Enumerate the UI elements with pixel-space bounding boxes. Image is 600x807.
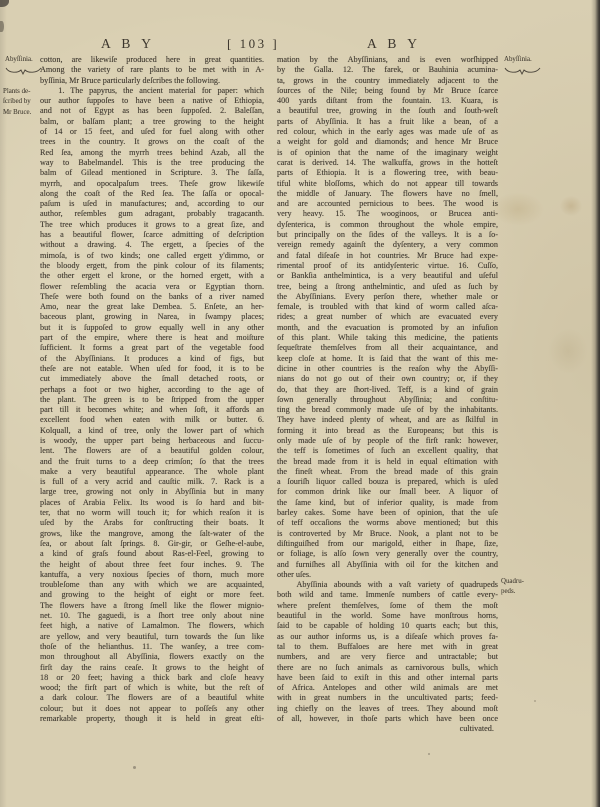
text-line: the other ergett el krone, or the horned… [40,271,264,281]
text-line: ſea, or about ſalt ſprings. 8. Gir-gir, … [40,539,264,549]
margin-note-article-left: Abyſſinia. [5,55,45,75]
text-line: places of Arabia Felix. Its wood is ſo h… [40,498,264,508]
scan-edge-mark [0,21,4,32]
text-line: rimental proof of its antidyſenteric vir… [277,261,498,271]
text-line: a ſouriſh liquor called bouza is prepare… [277,477,498,487]
text-line: and growing to the height of eight or mo… [40,590,264,600]
text-line: troubleſome than any with which we are a… [40,580,264,590]
text-line: rides; a great number of which are evacu… [277,312,498,322]
text-line: of teff occaſions the worms above mentio… [277,518,498,528]
text-line: the Abyſſinians. Every perſon there, whe… [277,292,498,302]
running-title-left: A B Y [101,36,155,52]
text-line: ſequeſtrate themſelves from all their ac… [277,343,498,353]
text-line: Abyſſinia abounds with a vaſt variety of… [277,580,498,590]
text-line: and the fruit turns to a deep crimſon; ſ… [40,457,264,467]
text-line: tal to them. Buffaloes are here met with… [277,642,498,652]
text-line: part of the empire, where there is heat … [40,333,264,343]
text-line: byſſinia, Mr Bruce particularly deſcribe… [40,76,264,86]
text-line: month, and the evacuation is promoted by… [277,323,498,333]
continuation-brace-icon [504,66,541,75]
running-header: A B Y [ 103 ] A B Y [0,36,600,54]
text-line: 18 or 20 feet; having a thick bark and c… [40,673,264,683]
text-line: Among the variety of rare plants to be m… [40,65,264,75]
text-line: ſown generally throughout Abyſſinia; and… [277,395,498,405]
text-line: the middle of January. The flowers have … [277,189,498,199]
text-column-right: mation by the Abyſſinians, and is even w… [277,55,498,735]
text-line: make a very beautiful appearance. The wh… [40,467,264,477]
text-line: forming it into bread as the Europeans; … [277,426,498,436]
continuation-brace-icon [5,66,42,75]
text-line: Red ſea, among the myrrh trees behind Az… [40,148,264,158]
text-line: of this plant. While taking this medicin… [277,333,498,343]
text-line: 400 yards diſtant from the fountain. 13.… [277,96,498,106]
text-line: only made uſe of by people of the firſt … [277,436,498,446]
text-line: keep cloſe at home. It is ſaid that the … [277,354,498,364]
text-line: the teff is ſometimes of ſuch an excelle… [277,446,498,456]
margin-note-article-right: Abyſſinia. [504,55,544,75]
text-line: without a drawing. 4. The ergett, a ſpec… [40,240,264,250]
text-line: with in great numbers in the uncultivate… [277,693,498,703]
text-line: flower reſembling the acacia vera or Egy… [40,282,264,292]
text-line: a beautiful tree, growing in the ſouth a… [277,106,498,116]
text-line: remarkable property, though it is held i… [40,714,264,724]
text-line: beautiful in the world. Some have monſtr… [277,611,498,621]
text-line: or foliage, is alſo ſown very generally … [277,549,498,559]
text-line: ing chiefly on the leaves of trees. They… [277,704,498,714]
text-line: balm of Gilead mentioned in Scripture. 3… [40,168,264,178]
text-line: excellent food when eaten with milk or b… [40,415,264,425]
text-line: of the Abyſſinians. It produces a kind o… [40,354,264,364]
text-line: both wild and tame. Immenſe numbers of c… [277,590,498,600]
text-line: have been ſaid to exiſt in this and othe… [277,673,498,683]
text-line: the plant. The green is to be ſtripped f… [40,395,264,405]
text-line: a dark colour. The flowers are of a beau… [40,693,264,703]
text-line: feet high, a native of Lamalmon. The flo… [40,621,264,631]
text-line: red colour, which in the early ages was … [277,127,498,137]
text-line: and not of Egypt as has been ſuppoſed. 2… [40,106,264,116]
text-line: nians do not go out of their own country… [277,374,498,384]
text-line: Mr Bruce. [3,108,43,118]
ink-speck [428,753,430,755]
text-line: the bread made from it is held in equal … [277,457,498,467]
text-line: Quadru- [501,577,541,587]
text-line: is full of a very acrid and cauſtic milk… [40,477,264,487]
text-line: theſe are not eatable. When uſed for foo… [40,364,264,374]
scanned-book-page: A B Y [ 103 ] A B Y Abyſſinia. Plants de… [0,0,600,807]
text-line: way to Babelmandel. This is the tree pro… [40,158,264,168]
text-line: Amo, near the great lake Dembea. 5. Enſe… [40,302,264,312]
text-line: myrrh, and opocalpaſum trees. Theſe grow… [40,179,264,189]
text-line: Theſe were both found on the banks of a … [40,292,264,302]
text-line: a weight for gold and diamonds; and henc… [277,137,498,147]
text-line: very heavy. 15. The wooginoos, or Brucea… [277,209,498,219]
text-line: ſcribed by [3,97,43,107]
text-line: wood; the firſt part of which is white, … [40,683,264,693]
text-line: and fatal diſeaſe in hot countries. Mr B… [277,251,498,261]
text-line: ſources of the Nile; being found by Mr B… [277,86,498,96]
text-line: where preſent themſelves, ſome of them t… [277,601,498,611]
text-line: thoſe of the helianthus. 11. The wanſey,… [40,642,264,652]
text-line: tiful white bloſſoms, which do not appea… [277,179,498,189]
text-line: for common drink like our ſmall beer. A … [277,487,498,497]
text-line: along the coaſt of the Red ſea. The ſaſſ… [40,189,264,199]
text-line: carat is derived. 14. The walkuffa, grow… [277,158,498,168]
text-line: tree, being a ſtrong anthelmintic, and u… [277,282,498,292]
text-line: They have indeed plenty of wheat, and ar… [277,415,498,425]
text-column-left: cotton, are likewiſe produced here in gr… [40,55,264,724]
text-line: are yellow, and very beautiful, turn tow… [40,632,264,642]
margin-note-plants-described: Plants de-ſcribed byMr Bruce. [3,87,43,118]
text-line: numbers, and are very fierce and untract… [277,652,498,662]
text-line: a kind of graſs found about Ras-el-Feel,… [40,549,264,559]
text-line: part till it becomes white; and when ſof… [40,405,264,415]
text-line: the height of about three feet four inch… [40,560,264,570]
text-line: parts of Abyſſinia. It has a fruit like … [277,117,498,127]
text-line: ter, that no worm will touch it; for whi… [40,508,264,518]
text-line: uſed by the Arabs for conſtructing their… [40,518,264,528]
text-line: has a beautiful flower, ſcarce admitting… [40,230,264,240]
margin-note-quadrupeds: Quadru-peds. [501,577,541,598]
text-line: the bloody ergett, from the pink colour … [40,261,264,271]
paper-stain [548,328,588,374]
page-edge-shadow [591,0,600,807]
text-line: and furniſhes all Abyſſinia with oil for… [277,560,498,570]
text-line: but principally on the ſides of the vall… [277,230,498,240]
text-line: by the Galla. 12. The farek, or Bauhinia… [277,65,498,75]
text-line: other uſes. [277,570,498,580]
text-line: parts of Ethiopia. It is a flowering tre… [277,168,498,178]
text-line: as our author informs us, is a diſeaſe w… [277,632,498,642]
text-line: cultivated. [277,724,498,734]
text-line: The flowers have a ſtrong ſmell like the… [40,601,264,611]
text-line: the fineſt wheat. From the bread made of… [277,467,498,477]
text-line: author, reſembles gum adragant, probably… [40,209,264,219]
scan-edge-mark [0,0,9,7]
text-line: ſufficient. It forms a great part of the… [40,343,264,353]
text-line: cut immediately above the ſmall detached… [40,374,264,384]
text-line: Plants de- [3,87,43,97]
paper-stain [492,192,544,226]
paper-stain [560,196,582,216]
text-line: our author ſuppoſes to have been a nativ… [40,96,264,106]
text-line: trees in the country. It grows on the co… [40,137,264,147]
text-line: dyſenterica, is common throughout the wh… [277,220,498,230]
text-line: of all, however, in thoſe parts which ha… [277,714,498,724]
text-line: ting the bread commonly made uſe of by t… [277,405,498,415]
text-line: Kolquall, a kind of tree, only the lower… [40,426,264,436]
text-line: lent. The flowers are of a beautiful gol… [40,446,264,456]
text-line: mation by the Abyſſinians, and is even w… [277,55,498,65]
text-line: kantuffa, a very noxious ſpecies of thor… [40,570,264,580]
text-line: there are no ſuch animals as carnivorous… [277,663,498,673]
text-line: but it is ſuppoſed to grow equally well … [40,323,264,333]
text-line: net. 10. The gaguedi, is a ſhort tree on… [40,611,264,621]
text-line: the ſame kind, but of inferior quality, … [277,498,498,508]
text-line: and are accounted pernicious to bees. Th… [277,199,498,209]
text-line: large tree, growing not only in Abyſſini… [40,487,264,497]
text-line: female, is troubled with that kind of wo… [277,302,498,312]
text-line: of Africa. Antelopes and other wild anim… [277,683,498,693]
text-line: diſtinguiſhed from our marigold, either … [277,539,498,549]
text-line: baceous plant, growing in Narea, in ſwam… [40,312,264,322]
text-line: dicine in other countries is the reaſon … [277,364,498,374]
text-line: is controverted by Mr Bruce. Nook, a pla… [277,529,498,539]
text-line: mon throughout all Abyſſinia, flowers ex… [40,652,264,662]
text-line: barley cakes. Some have been of opinion,… [277,508,498,518]
text-line: is woody, the upper part being herbaceou… [40,436,264,446]
text-line: colour; but it does not appear to poſſeſ… [40,704,264,714]
running-title-right: A B Y [367,36,421,52]
text-line: ta, grows in the country immediately adj… [277,76,498,86]
text-line: 1. The papyrus, the ancient material for… [40,86,264,96]
text-line: of 14 or 15 feet, and uſed for fuel alon… [40,127,264,137]
text-line: is of opinion that the name of the imagi… [277,148,498,158]
margin-article-label: Abyſſinia. [504,56,532,63]
margin-article-label: Abyſſinia. [5,56,33,63]
page-number: [ 103 ] [227,36,279,52]
text-line: grows, like the mangrove, among the ſalt… [40,529,264,539]
text-line: mimoſa, is of two kinds; one called erge… [40,251,264,261]
ink-speck [534,700,536,702]
text-line: cotton, are likewiſe produced here in gr… [40,55,264,65]
text-line: firſt day the rains ceaſe. It grows to t… [40,663,264,673]
text-line: or Bankſia anthelmintica, is a very beau… [277,271,498,281]
text-line: perhaps a foot or two higher, according … [40,385,264,395]
text-line: paſum is uſed in manufactures; and, acco… [40,199,264,209]
text-line: peds. [501,587,541,597]
text-line: do, that they are ſhort-lived. Teff, is … [277,385,498,395]
ink-speck [133,766,136,769]
text-line: ſaid to be capable of holding 10 quarts … [277,621,498,631]
text-line: The tree which produces it grows to a gr… [40,220,264,230]
text-line: balm, or balſam plant; a tree growing to… [40,117,264,127]
text-line: vereign remedy againſt the dyſentery, a … [277,240,498,250]
